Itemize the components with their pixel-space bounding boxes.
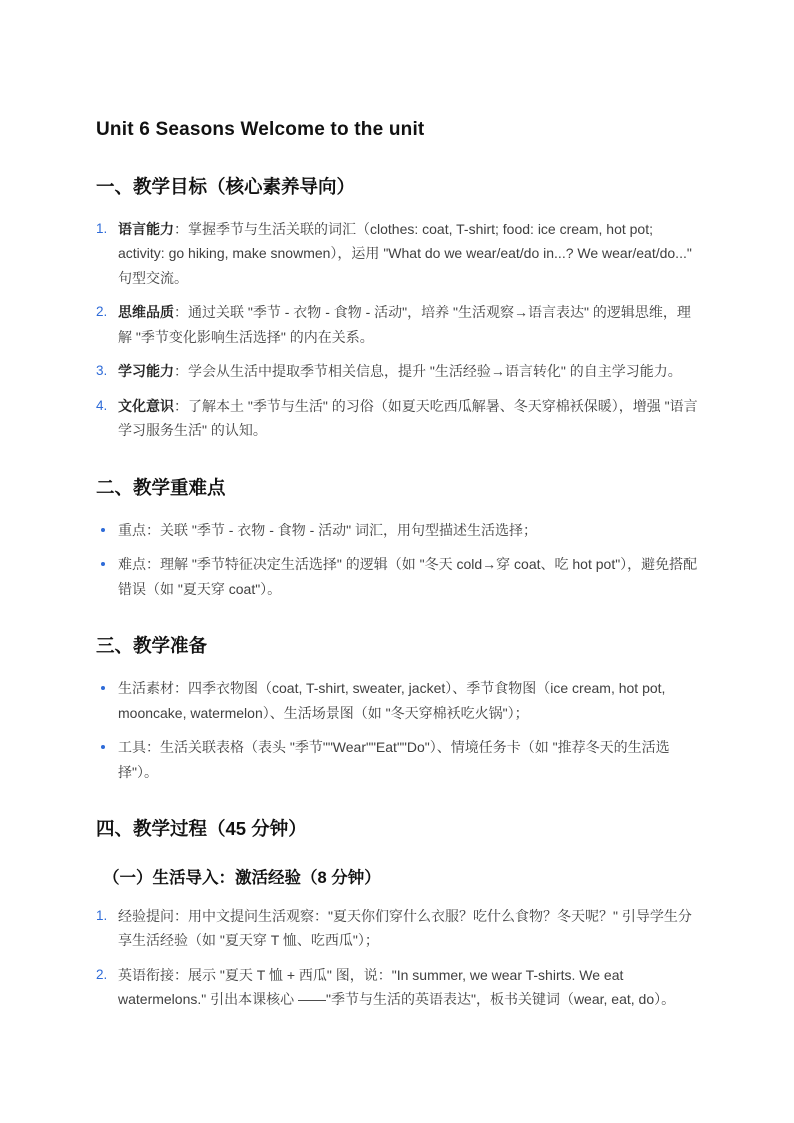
list-item-text: 难点：理解 "季节特征决定生活选择" 的逻辑（如 "冬天 cold→穿 coat… bbox=[118, 552, 698, 601]
section-process: 四、教学过程（45 分钟） （一）生活导入：激活经验（8 分钟） 1. 经验提问… bbox=[96, 817, 698, 1011]
section-key-points: 二、教学重难点 重点：关联 "季节 - 衣物 - 食物 - 活动" 词汇，用句型… bbox=[96, 476, 698, 602]
section-4-subheading: （一）生活导入：激活经验（8 分钟） bbox=[96, 868, 698, 889]
list-item-text: 语言能力：掌握季节与生活关联的词汇（clothes: coat, T-shirt… bbox=[118, 217, 698, 291]
bullet-icon bbox=[96, 735, 118, 759]
list-item-text: 工具：生活关联表格（表头 "季节""Wear""Eat""Do"）、情境任务卡（… bbox=[118, 735, 698, 784]
term-label: 学习能力 bbox=[118, 363, 174, 379]
item-body-text: ：学会从生活中提取季节相关信息，提升 "生活经验→语言转化" 的自主学习能力。 bbox=[174, 363, 682, 379]
preparation-list: 生活素材：四季衣物图（coat, T-shirt, sweater, jacke… bbox=[96, 676, 698, 784]
list-number: 4. bbox=[96, 394, 118, 419]
list-item-text: 重点：关联 "季节 - 衣物 - 食物 - 活动" 词汇，用句型描述生活选择； bbox=[118, 518, 698, 543]
list-item-text: 学习能力：学会从生活中提取季节相关信息，提升 "生活经验→语言转化" 的自主学习… bbox=[118, 359, 698, 384]
section-preparation: 三、教学准备 生活素材：四季衣物图（coat, T-shirt, sweater… bbox=[96, 634, 698, 784]
list-item: 2. 思维品质：通过关联 "季节 - 衣物 - 食物 - 活动"，培养 "生活观… bbox=[96, 300, 698, 349]
list-number: 1. bbox=[96, 217, 118, 242]
list-item: 3. 学习能力：学会从生活中提取季节相关信息，提升 "生活经验→语言转化" 的自… bbox=[96, 359, 698, 384]
key-points-list: 重点：关联 "季节 - 衣物 - 食物 - 活动" 词汇，用句型描述生活选择； … bbox=[96, 518, 698, 602]
section-4-heading: 四、教学过程（45 分钟） bbox=[96, 817, 698, 841]
process-list: 1. 经验提问：用中文提问生活观察："夏天你们穿什么衣服？吃什么食物？冬天呢？"… bbox=[96, 904, 698, 1012]
list-item-text: 英语衔接：展示 "夏天 T 恤 + 西瓜" 图，说："In summer, we… bbox=[118, 963, 698, 1012]
list-number: 1. bbox=[96, 904, 118, 929]
section-2-heading: 二、教学重难点 bbox=[96, 476, 698, 500]
bullet-icon bbox=[96, 676, 118, 700]
section-1-heading: 一、教学目标（核心素养导向） bbox=[96, 175, 698, 199]
list-item: 难点：理解 "季节特征决定生活选择" 的逻辑（如 "冬天 cold→穿 coat… bbox=[96, 552, 698, 601]
bullet-icon bbox=[96, 518, 118, 542]
list-item: 4. 文化意识：了解本土 "季节与生活" 的习俗（如夏天吃西瓜解暑、冬天穿棉袄保… bbox=[96, 394, 698, 443]
item-body-text: ：掌握季节与生活关联的词汇（clothes: coat, T-shirt; fo… bbox=[118, 221, 692, 286]
list-number: 2. bbox=[96, 300, 118, 325]
list-item: 重点：关联 "季节 - 衣物 - 食物 - 活动" 词汇，用句型描述生活选择； bbox=[96, 518, 698, 543]
section-objectives: 一、教学目标（核心素养导向） 1. 语言能力：掌握季节与生活关联的词汇（clot… bbox=[96, 175, 698, 443]
list-item: 2. 英语衔接：展示 "夏天 T 恤 + 西瓜" 图，说："In summer,… bbox=[96, 963, 698, 1012]
list-item-text: 生活素材：四季衣物图（coat, T-shirt, sweater, jacke… bbox=[118, 676, 698, 725]
document-title: Unit 6 Seasons Welcome to the unit bbox=[96, 118, 698, 142]
list-item: 1. 经验提问：用中文提问生活观察："夏天你们穿什么衣服？吃什么食物？冬天呢？"… bbox=[96, 904, 698, 953]
list-item: 1. 语言能力：掌握季节与生活关联的词汇（clothes: coat, T-sh… bbox=[96, 217, 698, 291]
section-3-heading: 三、教学准备 bbox=[96, 634, 698, 658]
term-label: 语言能力 bbox=[118, 221, 174, 237]
list-item: 工具：生活关联表格（表头 "季节""Wear""Eat""Do"）、情境任务卡（… bbox=[96, 735, 698, 784]
list-item-text: 经验提问：用中文提问生活观察："夏天你们穿什么衣服？吃什么食物？冬天呢？" 引导… bbox=[118, 904, 698, 953]
term-label: 文化意识 bbox=[118, 398, 174, 414]
term-label: 思维品质 bbox=[118, 304, 174, 320]
list-item-text: 文化意识：了解本土 "季节与生活" 的习俗（如夏天吃西瓜解暑、冬天穿棉袄保暖），… bbox=[118, 394, 698, 443]
list-item: 生活素材：四季衣物图（coat, T-shirt, sweater, jacke… bbox=[96, 676, 698, 725]
document-page: Unit 6 Seasons Welcome to the unit 一、教学目… bbox=[0, 0, 794, 1123]
list-number: 3. bbox=[96, 359, 118, 384]
objectives-list: 1. 语言能力：掌握季节与生活关联的词汇（clothes: coat, T-sh… bbox=[96, 217, 698, 443]
item-body-text: ：通过关联 "季节 - 衣物 - 食物 - 活动"，培养 "生活观察→语言表达"… bbox=[118, 304, 691, 345]
list-item-text: 思维品质：通过关联 "季节 - 衣物 - 食物 - 活动"，培养 "生活观察→语… bbox=[118, 300, 698, 349]
item-body-text: ：了解本土 "季节与生活" 的习俗（如夏天吃西瓜解暑、冬天穿棉袄保暖），增强 "… bbox=[118, 398, 698, 439]
bullet-icon bbox=[96, 552, 118, 576]
list-number: 2. bbox=[96, 963, 118, 988]
